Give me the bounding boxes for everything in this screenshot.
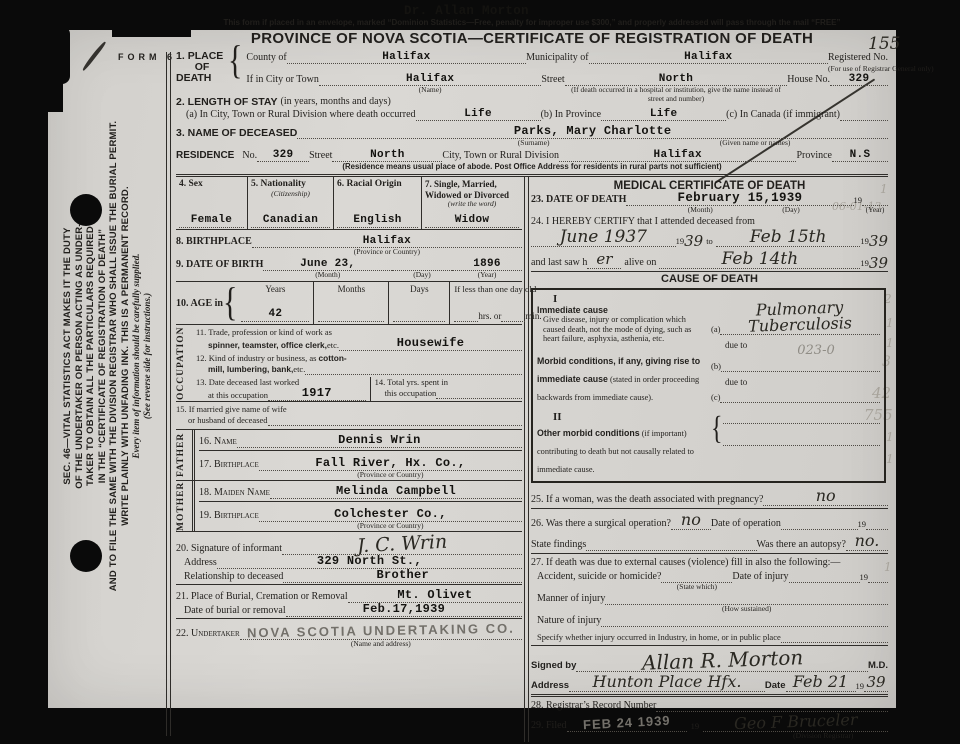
physician-date-field: Feb 21 (786, 674, 856, 692)
section-1-label: 1. PLACE OF DEATH (176, 51, 228, 96)
residence-division-value: Halifax (654, 149, 702, 161)
total-years-row: this occupation (375, 387, 522, 399)
county-value: Halifax (382, 51, 430, 63)
physician-date-value: Feb 21 (793, 674, 848, 690)
relationship-label: Relationship to deceased (176, 571, 283, 583)
mother-name-field: Melinda Campbell (270, 485, 522, 499)
father-name-value: Dennis Wrin (338, 433, 421, 447)
operation-19: 19 (858, 518, 867, 530)
mother-birthplace-row: 19. Birthplace Colchester Co.,(Province … (199, 504, 522, 522)
other-morbid-entry: { (711, 412, 880, 446)
municipality-label: Municipality of (526, 52, 589, 64)
residence-province-field: N.S (832, 149, 888, 162)
certify-from-row: June 1937 1939 to Feb 15th 1939 (531, 229, 888, 247)
cause-a-label: (a) (711, 323, 720, 335)
age-days-cell: Days (388, 282, 449, 324)
dob-label: 9. DATE OF BIRTH (176, 259, 263, 271)
stay-city-label: (a) In City, Town or Rural Division wher… (176, 109, 416, 121)
morbid-desc: Morbid conditions, if any, giving rise t… (537, 351, 705, 405)
birthplace-field: Halifax(Province or Country) (252, 235, 522, 248)
spouse-field (268, 414, 522, 426)
physician-year-field: 39 (864, 675, 888, 692)
house-no-label: House No. (787, 74, 830, 86)
section-14: 14. Total yrs. spent in this occupation (370, 377, 522, 401)
informant-signature-label: 20. Signature of informant (176, 543, 282, 555)
spouse-label1: 15. If married give name of wife (176, 404, 522, 414)
certify-year3: 39 (869, 256, 888, 271)
informant-signature-row: 20. Signature of informant J. C. Wrin (176, 532, 522, 555)
filed-field: FEB 24 1939 (567, 717, 687, 732)
section-8-birthplace: 8. BIRTHPLACE Halifax(Province or Countr… (176, 230, 522, 248)
marital-note: (write the word) (425, 200, 519, 208)
injury-date-label: Date of injury (732, 571, 788, 583)
place-city-row: If in City or Town Halifax(Name) Street … (246, 73, 888, 86)
length-of-stay-label: 2. LENGTH OF STAY (176, 96, 278, 108)
brace-glyph: { (228, 43, 242, 104)
informant-address-label: Address (176, 557, 217, 569)
physician-address-field: Hunton Place Hfx. (569, 674, 765, 692)
undertaker-field: NOVA SCOTIA UNDERTAKING CO. (Name and ad… (240, 625, 522, 640)
last-worked-field: 1917 (268, 387, 366, 401)
industry-row: mill, lumbering, bank, etc. (196, 363, 522, 375)
nationality-label: 5. Nationality (251, 179, 330, 190)
scanned-death-certificate: FORM 6 SEC. 46—VITAL STATISTICS ACT MAKE… (0, 0, 960, 744)
last-worked-value: 1917 (302, 386, 332, 400)
dob-day-field: (Day) (392, 259, 452, 271)
nature-label: Nature of injury (531, 615, 601, 627)
signed-by-label: Signed by (531, 660, 576, 672)
cause-a-field: Pulmonary Tuberculosis (720, 301, 880, 335)
spouse-label2: or husband of deceased (176, 414, 268, 426)
age-months-header: Months (318, 284, 384, 294)
stay-canada-label: (c) In Canada (if immigrant) (726, 109, 840, 121)
deceased-name-value: Parks, Mary Charlotte (514, 124, 672, 138)
certify-from-value: June 1937 (560, 229, 647, 246)
nationality-note: (Citizenship) (251, 190, 330, 198)
industry-label2: mill, lumbering, bank, (196, 363, 293, 375)
date-of-death-field: February 15,1939 (Month) (Day) (626, 192, 853, 206)
residence-street-label: Street (309, 150, 332, 162)
residence-division-field: Halifax (559, 149, 797, 162)
stay-province-value: Life (650, 108, 678, 120)
birthplace-value: Halifax (363, 235, 411, 247)
total-years-label1: 14. Total yrs. spent in (375, 377, 522, 387)
certify-19a: 19 (676, 235, 685, 247)
mother-birthplace-label: 19. Birthplace (199, 510, 259, 522)
registrar-signature: Geo F Bruceler (734, 711, 858, 731)
certify-from-field: June 1937 (531, 229, 676, 247)
md-label: M.D. (868, 660, 888, 672)
length-of-stay-note: (in years, months and days) (278, 96, 391, 108)
cause-descriptions: I Immediate cause Give disease, injury o… (537, 293, 705, 477)
residence-row: RESIDENCE No. 329 Street North City, Tow… (176, 149, 888, 162)
county-field: Halifax (287, 51, 526, 64)
father-name-row: 16. Name Dennis Wrin (199, 430, 522, 451)
physician-19: 19 (856, 680, 865, 692)
section-20-informant: 20. Signature of informant J. C. Wrin Ad… (176, 532, 522, 585)
stay-city-field: Life (416, 108, 541, 121)
mother-birthplace-field: Colchester Co.,(Province or Country) (259, 508, 522, 522)
total-years-label2: this occupation (375, 387, 437, 399)
medical-column: MEDICAL CERTIFICATE OF DEATH 23. DATE OF… (531, 177, 888, 742)
dob-year-value: 1896 (473, 258, 501, 270)
cause-II: II (537, 411, 705, 423)
margin-duty-line: IN THE “CERTIFICATE OF REGISTRATION OF D… (97, 60, 109, 652)
dod-year-field: (Year) (862, 194, 888, 206)
last-saw-label: and last saw h (531, 257, 587, 269)
informant-address-value: 329 North St., (317, 554, 422, 568)
cause-a-row: (a) Pulmonary Tuberculosis (711, 301, 880, 335)
city-value: Halifax (406, 73, 454, 85)
occupation-side-label: OCCUPATION (176, 325, 192, 401)
filed-19: 19 (687, 720, 704, 732)
occupation-value: Housewife (397, 336, 465, 350)
specify-label: Specify whether injury occurred in Indus… (531, 631, 781, 643)
city-note: (Name) (319, 85, 542, 94)
industry-text: 12. Kind of industry or business, as (196, 353, 319, 363)
undertaker-label: 22. Undertaker (176, 628, 240, 640)
residence-province-label: Province (796, 150, 832, 162)
father-birthplace-field: Fall River, Hx. Co.,(Province or Country… (259, 457, 522, 471)
residence-no-label: No. (234, 150, 257, 162)
certify-19c: 19 (860, 257, 869, 269)
margin-divider (166, 52, 171, 736)
dob-value: June 23, (300, 258, 355, 270)
division-registrar-note: (Division Registrar) (759, 731, 888, 740)
signed-by-field: Allan R. Morton (576, 650, 868, 672)
operation-year-field (866, 518, 888, 530)
racial-origin-label: 6. Racial Origin (337, 179, 418, 190)
section-7-marital-status: 7. Single, Married, Widowed or Divorced … (422, 177, 522, 229)
burial-place-field: Mt. Olivet (348, 589, 522, 603)
father-birthplace-value: Fall River, Hx. Co., (315, 456, 465, 470)
father-block: FATHER 16. Name Dennis Wrin 17. Birthpla… (176, 430, 522, 481)
cause-of-death-box: I Immediate cause Give disease, injury o… (531, 288, 886, 483)
margin-duty-line: TAKER TO OBTAIN ALL THE PARTICULARS REQU… (85, 60, 97, 652)
section-22-undertaker: 22. Undertaker NOVA SCOTIA UNDERTAKING C… (176, 619, 522, 640)
dod-day-note: (Day) (729, 205, 854, 214)
burial-date-field: Feb.17,1939 (286, 603, 522, 617)
cause-b-field: 023-0 (721, 360, 880, 372)
section-3-name-of-deceased: 3. NAME OF DECEASED Parks, Mary Charlott… (176, 125, 888, 172)
nature-field (601, 615, 888, 627)
street-label: Street (541, 74, 564, 86)
specify-row: Specify whether injury occurred in Indus… (531, 631, 888, 646)
alive-on-value: Feb 14th (722, 251, 799, 268)
street-field: North(If death occurred in a hospital or… (565, 73, 788, 86)
margin-duty-line: WRITE PLAINLY WITH UNFADING INK. THIS IS… (120, 60, 132, 652)
last-worked-row: at this occupation 1917 (196, 387, 366, 401)
father-birthplace-label: 17. Birthplace (199, 459, 259, 471)
racial-origin-value: English (353, 214, 401, 226)
total-years-field (436, 387, 522, 399)
certify-to-label: to (703, 235, 716, 247)
section-24-certify: 24. I HEREBY CERTIFY that I attended dec… (531, 216, 888, 272)
sections-13-14: 13. Date deceased last worked at this oc… (196, 377, 522, 401)
relationship-value: Brother (376, 568, 429, 582)
residence-no-field: 329 (257, 149, 309, 162)
stay-canada-field (840, 109, 888, 121)
section-10-age: 10. AGE in { Years 42 Months Days (176, 282, 522, 325)
brace-glyph: { (711, 411, 723, 446)
operation-date-label: Date of operation (711, 518, 781, 530)
occupation-block: OCCUPATION 11. Trade, profession or kind… (176, 325, 522, 402)
mother-side-label: MOTHER (176, 481, 192, 531)
birthplace-note: (Province or Country) (252, 247, 522, 256)
margin-duty-line: SEC. 46—VITAL STATISTICS ACT MAKES IT TH… (62, 60, 74, 652)
dob-month-field: June 23,(Month) (263, 258, 392, 271)
findings-field (586, 539, 756, 551)
certify-year1: 39 (684, 234, 703, 249)
marital-label: 7. Single, Married, Widowed or Divorced (425, 179, 519, 200)
operation-date-field (781, 518, 858, 530)
physician-address-row: Address Hunton Place Hfx. Date Feb 21 19… (531, 672, 888, 697)
dod-year-note: (Year) (862, 205, 888, 214)
margin-supplied-line: Every item of information should be care… (131, 60, 142, 652)
other-morbid-line2 (723, 434, 880, 446)
manner-label: Manner of injury (531, 593, 605, 605)
personal-column: 4. Sex Female 5. Nationality (Citizenshi… (176, 177, 522, 742)
residence-street-field: North (332, 149, 442, 162)
sex-value: Female (191, 214, 232, 226)
cause-c-field (720, 391, 880, 403)
cause-b-row: (b) 023-0 (711, 360, 880, 372)
nature-row: Nature of injury (531, 615, 888, 627)
residence-note: (Residence means usual place of abode. P… (176, 162, 888, 172)
immediate-cause-desc: Give disease, injury or complication whi… (537, 315, 705, 344)
registrar-record-row: 28. Registrar’s Record Number (531, 697, 888, 712)
occupation-trade-field: Housewife (339, 337, 522, 351)
age-years-cell: Years 42 (237, 282, 313, 324)
informant-signature-value: J. C. Wrin (356, 533, 447, 557)
stay-city-value: Life (464, 108, 492, 120)
cause-I: I (537, 293, 705, 305)
industry-etc: etc. (293, 363, 305, 375)
hospital-note: (If death occurred in a hospital or inst… (565, 85, 788, 103)
physician-address-value: Hunton Place Hfx. (592, 674, 741, 690)
last-saw-fill: er (587, 252, 621, 269)
industry-label1: 12. Kind of industry or business, as cot… (196, 353, 522, 363)
mother-name-label: 18. Maiden Name (199, 487, 270, 499)
certify-year2: 39 (869, 234, 888, 249)
burial-date-row: Date of burial or removal Feb.17,1939 (176, 603, 522, 619)
date-of-death-value: February 15,1939 (678, 191, 803, 205)
accident-row: Accident, suicide or homicide? (State wh… (531, 571, 888, 583)
county-label: County of (246, 52, 286, 64)
father-name-label: 16. Name (199, 436, 237, 448)
burial-date-label: Date of burial or removal (176, 605, 286, 617)
section-5-nationality: 5. Nationality (Citizenship) Canadian (248, 177, 334, 229)
burial-place-value: Mt. Olivet (397, 588, 472, 602)
residence-street-value: North (370, 149, 405, 161)
section-13: 13. Date deceased last worked at this oc… (196, 377, 370, 401)
registrar-signature-field: Geo F Bruceler(Division Registrar) (703, 714, 888, 732)
column-divider (524, 177, 529, 742)
cause-a-value: Pulmonary Tuberculosis (720, 298, 881, 336)
filed-label: 29. Filed (531, 720, 567, 732)
dob-year-field: 1896(Year) (452, 258, 522, 271)
residence-province-value: N.S (850, 149, 871, 161)
relationship-field: Brother (283, 569, 522, 583)
burial-place-row: 21. Place of Burial, Cremation or Remova… (176, 585, 522, 603)
section-9-date-of-birth: 9. DATE OF BIRTH June 23,(Month) (Day) 1… (176, 258, 522, 271)
section-4-sex: 4. Sex Female (176, 177, 248, 229)
cause-c-label: (c) (711, 391, 720, 403)
section-1-place-of-death: 1. PLACE OF DEATH { County of Halifax Mu… (176, 51, 888, 96)
stay-province-label: (b) In Province (541, 109, 602, 121)
father-birthplace-note: (Province or Country) (259, 470, 522, 479)
age-years-header: Years (241, 284, 309, 294)
occupation-trade-etc: etc. (327, 339, 339, 351)
injury-date-field (789, 571, 860, 583)
alive-on-label: alive on (621, 257, 659, 269)
dob-day-note: (Day) (392, 270, 452, 279)
physician-signature-block: Signed by Allan R. Morton M.D. Address H… (531, 646, 888, 732)
margin-instructions: SEC. 46—VITAL STATISTICS ACT MAKES IT TH… (62, 60, 153, 652)
section-6-racial-origin: 6. Racial Origin English (334, 177, 422, 229)
autopsy-field: no. (846, 533, 888, 551)
registered-no-note: (For use of Registrar General only) (828, 64, 888, 73)
age-days-header: Days (393, 284, 445, 294)
cause-b-label: (b) (711, 360, 721, 372)
informant-signature-field: J. C. Wrin (282, 535, 522, 555)
mother-birthplace-value: Colchester Co., (334, 507, 447, 521)
mail-notice: This form if placed in an envelope, mark… (176, 18, 888, 28)
certify-19b: 19 (860, 235, 869, 247)
municipality-value: Halifax (684, 51, 732, 63)
burial-place-label: 21. Place of Burial, Cremation or Remova… (176, 591, 348, 603)
municipality-field: Halifax (589, 51, 828, 64)
age-hrs-label: hrs. or (478, 310, 501, 322)
cause-b-pencil-code: 023-0 (797, 345, 834, 357)
manner-field: (How sustained) (605, 593, 888, 605)
margin-reverse-line: (See reverse side for instructions.) (142, 60, 153, 652)
section-23-date-of-death: 23. DATE OF DEATH February 15,1939 (Mont… (531, 192, 888, 206)
undertaker-stamp: NOVA SCOTIA UNDERTAKING CO. (247, 623, 515, 640)
cause-c-row: (c) (711, 391, 880, 403)
filed-date-stamp: FEB 24 1939 (582, 714, 670, 731)
street-value: North (659, 73, 694, 85)
occupation-trade-row: spinner, teamster, office clerk, etc. Ho… (196, 337, 522, 351)
father-side-label: FATHER (176, 430, 192, 480)
certificate-title: PROVINCE OF NOVA SCOTIA—CERTIFICATE OF R… (176, 29, 888, 48)
other-morbid-desc: Other morbid conditions (if important) c… (537, 423, 705, 477)
length-of-stay-fields: (a) In City, Town or Rural Division wher… (176, 108, 888, 121)
accident-field: (State which) (661, 571, 732, 583)
undertaker-note: (Name and address) (240, 639, 522, 648)
industry-bold: cotton- (319, 353, 347, 363)
certify-saw-row: and last saw h er alive on Feb 14th 1939 (531, 251, 888, 272)
other-bold: Other morbid conditions (537, 428, 640, 438)
section-27: 27. If death was due to external causes … (531, 554, 888, 646)
manner-row: Manner of injury (How sustained) (531, 593, 888, 605)
other-morbid-line1 (723, 412, 880, 424)
deceased-name-row: 3. NAME OF DECEASED Parks, Mary Charlott… (176, 125, 888, 139)
mother-block: MOTHER 18. Maiden Name Melinda Campbell … (176, 481, 522, 532)
alive-on-field: Feb 14th (659, 251, 860, 269)
deceased-name-field: Parks, Mary Charlotte (Surname) (Given n… (297, 125, 888, 139)
certify-to-field: Feb 15th (716, 229, 861, 247)
marital-value: Widow (455, 214, 490, 226)
nationality-value: Canadian (263, 214, 318, 226)
external-causes-label: 27. If death was due to external causes … (531, 554, 888, 568)
city-label: If in City or Town (246, 74, 318, 86)
residence-no-value: 329 (273, 149, 294, 161)
doctor-name-typed: Dr. Allan Morton (176, 4, 888, 18)
dob-year-note: (Year) (452, 270, 522, 279)
section-1-number: 1. (176, 50, 185, 62)
operation-row: 26. Was there a surgical operation? no D… (531, 509, 888, 530)
age-label: 10. AGE in (176, 298, 223, 309)
section-4-7-row: 4. Sex Female 5. Nationality (Citizenshi… (176, 177, 522, 230)
state-which-note: (State which) (661, 582, 732, 591)
last-saw-hand: er (596, 252, 612, 267)
mother-name-value: Melinda Campbell (336, 484, 456, 498)
residence-division-label: City, Town or Rural Division (442, 150, 559, 162)
section-21-burial: 21. Place of Burial, Cremation or Remova… (176, 585, 522, 619)
father-birthplace-row: 17. Birthplace Fall River, Hx. Co.,(Prov… (199, 453, 522, 471)
autopsy-value: no. (855, 533, 880, 549)
accident-label: Accident, suicide or homicide? (531, 571, 661, 583)
spouse-row: or husband of deceased (176, 414, 522, 426)
findings-row: State findings Was there an autopsy? no. (531, 530, 888, 554)
specify-field (781, 631, 888, 643)
operation-field: no (671, 512, 711, 530)
cause-entries: (a) Pulmonary Tuberculosis due to (b) 02… (705, 293, 880, 477)
sex-label: 4. Sex (179, 179, 244, 190)
certify-label: 24. I HEREBY CERTIFY that I attended dec… (531, 216, 888, 227)
margin-duty-line: OF THE UNDERTAKER OR PERSON ACTING AS UN… (74, 60, 86, 652)
industry-field (305, 363, 522, 375)
stay-province-field: Life (601, 108, 726, 121)
last-worked-label2: at this occupation (196, 389, 268, 401)
margin-duty-line: AND TO FILE THE SAME WITH THE DIVISION R… (108, 60, 120, 652)
brace-glyph: { (223, 285, 237, 320)
house-no-field: 329 (830, 73, 888, 86)
pregnancy-label: 25. If a woman, was the death associated… (531, 494, 763, 506)
mother-name-row: 18. Maiden Name Melinda Campbell (199, 481, 522, 502)
operation-label: 26. Was there a surgical operation? (531, 518, 671, 530)
mother-birthplace-note: (Province or Country) (259, 521, 522, 530)
registered-no-label: Registered No. 155 (For use of Registrar… (828, 52, 888, 64)
findings-label: State findings (531, 539, 586, 551)
injury-19: 19 (860, 571, 869, 583)
age-years-value: 42 (268, 308, 282, 320)
section-26: 26. Was there a surgical operation? no D… (531, 509, 888, 554)
occupation-trade-label2: spinner, teamster, office clerk, (196, 339, 327, 351)
given-name-note: (Given name or names) (622, 138, 888, 147)
last-worked-label1: 13. Date deceased last worked (196, 377, 366, 387)
dod-19: 19 (854, 194, 863, 206)
section-25: 25. If a woman, was the death associated… (531, 488, 888, 509)
physician-date-label: Date (765, 680, 786, 692)
registrar-record-label: 28. Registrar’s Record Number (531, 700, 656, 712)
autopsy-label: Was there an autopsy? (757, 539, 846, 551)
city-field: Halifax(Name) (319, 73, 542, 86)
operation-value: no (681, 512, 701, 528)
certificate-form: Dr. Allan Morton This form if placed in … (176, 4, 888, 742)
section-1-label-line: DEATH (176, 73, 228, 84)
form-columns: 4. Sex Female 5. Nationality (Citizenshi… (176, 177, 888, 742)
injury-year-field (868, 571, 888, 583)
informant-address-field: 329 North St., (217, 555, 522, 569)
burial-date-value: Feb.17,1939 (363, 602, 446, 616)
certify-to-value: Feb 15th (750, 229, 827, 246)
physician-year-value: 39 (866, 675, 885, 690)
informant-address-row: Address 329 North St., (176, 555, 522, 569)
occupation-trade-label1: 11. Trade, profession or kind of work as (196, 327, 522, 337)
informant-relationship-row: Relationship to deceased Brother (176, 569, 522, 585)
